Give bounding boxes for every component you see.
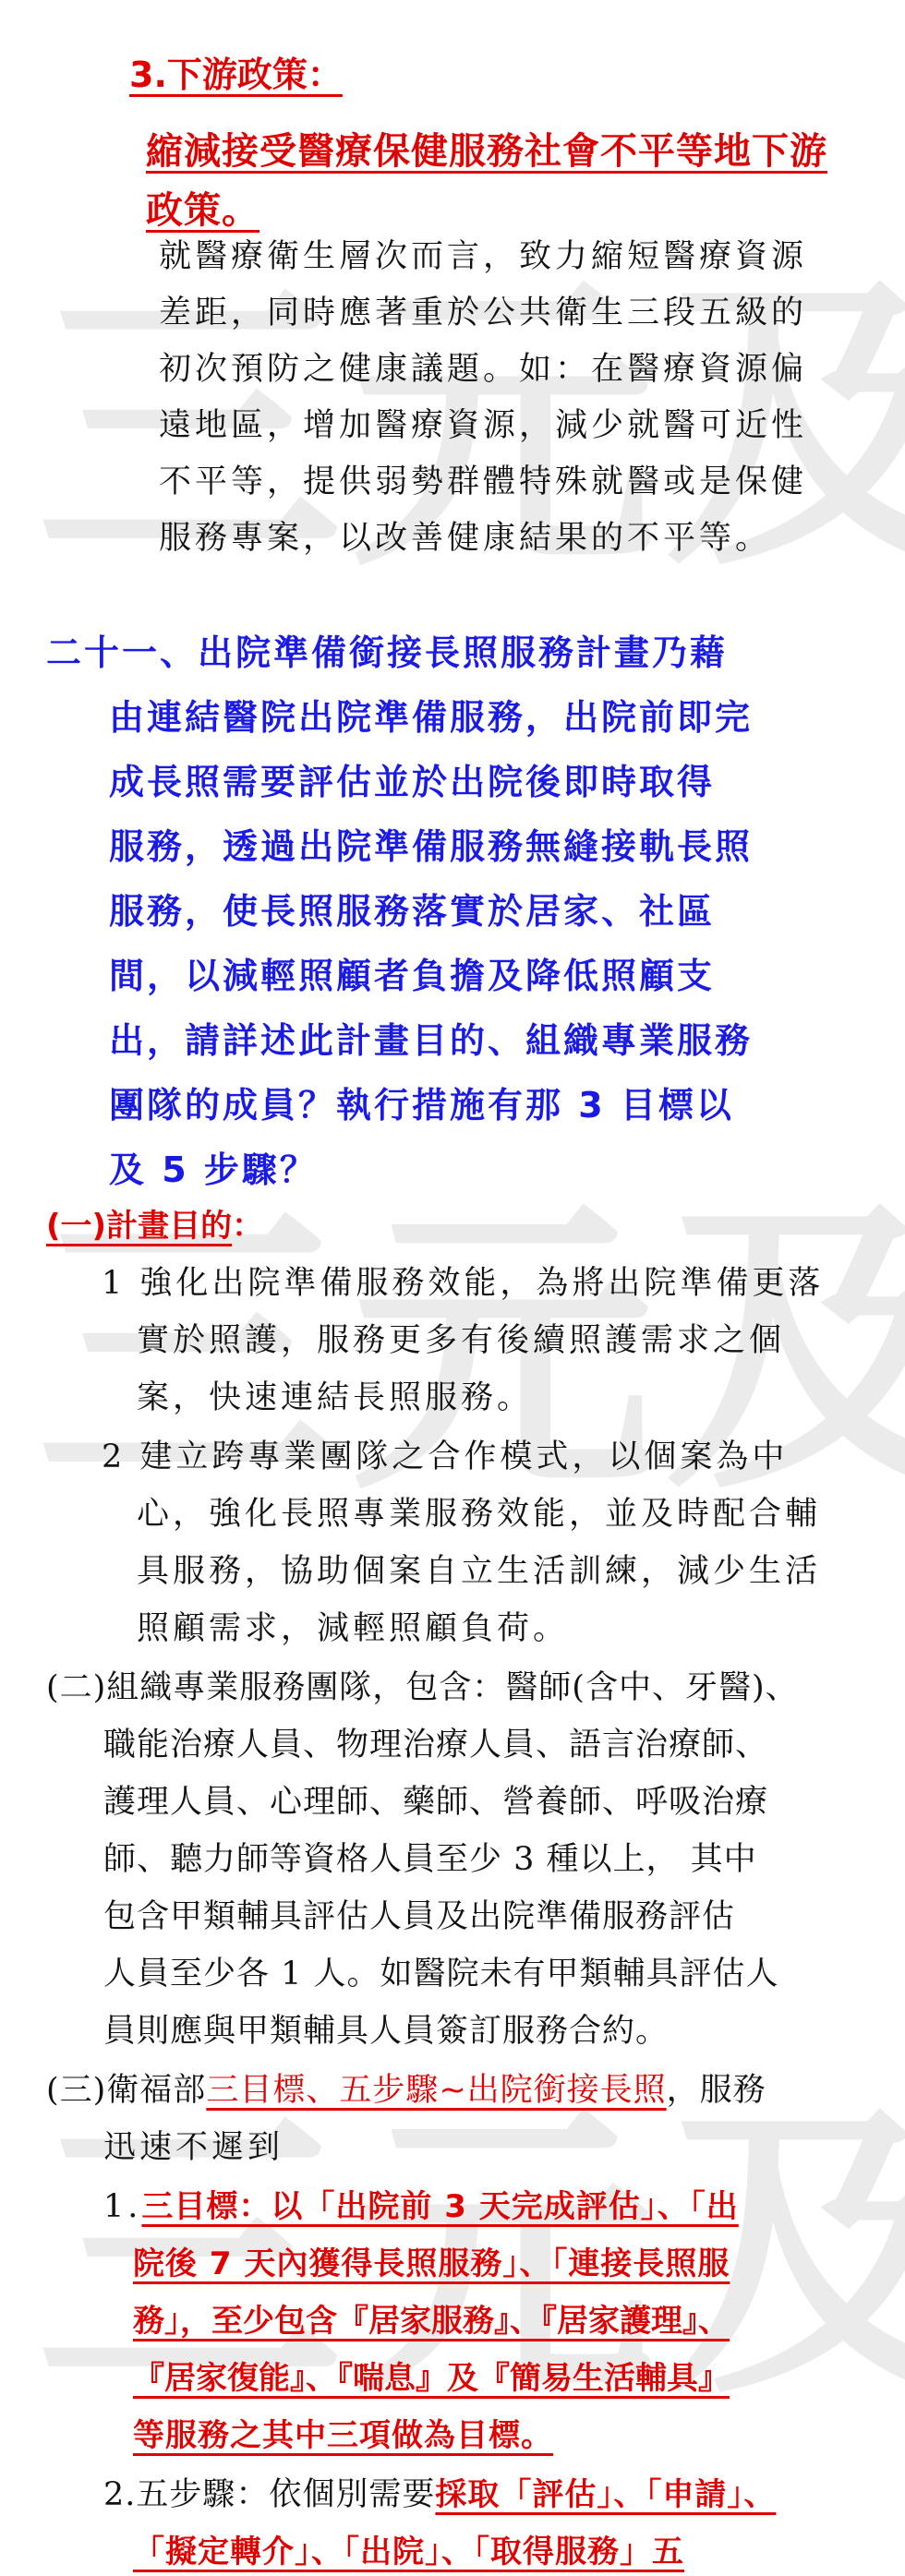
- part2-line: 員則應與甲類輔具人員簽訂服務合約。: [103, 2005, 669, 2052]
- steps-row: 2.五步驟：依個別需要採取「評估」、「申請」、: [103, 2469, 776, 2515]
- goal-item-line: 具服務，協助個案自立生活訓練，減少生活: [137, 1546, 821, 1592]
- question-line: 成長照需要評估並於出院後即時取得: [109, 753, 715, 804]
- goal-line: 等服務之其中三項做為目標。: [133, 2410, 553, 2455]
- question-line: 出，請詳述此計畫目的、組織專業服務: [109, 1012, 753, 1063]
- question-line: 由連結醫院出院準備服務，出院前即完: [109, 689, 753, 740]
- paragraph-line: 遠地區，增加醫療資源，減少就醫可近性: [159, 400, 807, 446]
- question-line: 服務，使長照服務落實於居家、社區: [109, 883, 715, 933]
- question-title: 二十一、出院準備銜接長照服務計畫乃藉: [46, 624, 728, 675]
- part1-heading-row: (一)計畫目的：: [46, 1200, 263, 1246]
- part2-line: 護理人員、心理師、藥師、營養師、呼吸治療: [103, 1776, 768, 1823]
- goal-item-line: 實於照護，服務更多有後續照護需求之個: [137, 1315, 785, 1361]
- part3-line: 迅速不遲到: [103, 2122, 284, 2168]
- question-line: 團隊的成員？執行措施有那 3 目標以: [109, 1077, 734, 1127]
- paragraph-line: 就醫療衛生層次而言，致力縮短醫療資源: [159, 231, 807, 277]
- goal-item-line: 1 強化出院準備服務效能，為將出院準備更落: [102, 1258, 824, 1304]
- paragraph-line: 差距，同時應著重於公共衛生三段五級的: [159, 287, 807, 333]
- part2-line: 包含甲類輔具評估人員及出院準備服務評估: [103, 1891, 735, 1937]
- goal-item-line: 2 建立跨專業團隊之合作模式，以個案為中: [102, 1431, 788, 1477]
- paragraph-line: 服務專案，以改善健康結果的不平等。: [159, 512, 771, 559]
- part3-suffix: ，服務: [667, 2072, 766, 2109]
- goal-number: 1.: [103, 2188, 141, 2225]
- question-line: 服務，透過出院準備服務無縫接軌長照: [109, 818, 753, 869]
- goal-item-line: 案，快速連結長照服務。: [137, 1372, 533, 1418]
- question-line: 及 5 步驟？: [109, 1141, 318, 1192]
- paragraph-line: 不平等，提供弱勢群體特殊就醫或是保健: [159, 456, 807, 502]
- goal-line: 院後 7 天內獲得長照服務」、「連接長照服: [133, 2238, 730, 2283]
- steps-prefix: 2.五步驟：依個別需要: [103, 2476, 435, 2513]
- section-subheading: 縮減接受醫療保健服務社會不平等地下游: [146, 122, 827, 175]
- goal-item-line: 照顧需求，減輕照顧負荷。: [137, 1603, 569, 1649]
- goal-line: 『居家復能』、『喘息』及『簡易生活輔具』: [133, 2353, 730, 2398]
- part2-line: 人員至少各 1 人。如醫院未有甲類輔具評估人: [103, 1948, 779, 1994]
- part2-line: (二)組織專業服務團隊，包含：醫師(含中、牙醫)、: [46, 1662, 799, 1708]
- steps-line: 「擬定轉介」、「出院」、「取得服務」五: [133, 2526, 684, 2571]
- part2-line: 師、聽力師等資格人員至少 3 種以上， 其中: [103, 1834, 757, 1880]
- goal-item-line: 心，強化長照專業服務效能，並及時配合輔: [137, 1488, 821, 1535]
- section-heading: 3.下游政策：: [129, 46, 343, 97]
- goal-row: 1.三目標：以「出院前 3 天完成評估」、「出: [103, 2181, 739, 2226]
- part1-colon: ：: [232, 1208, 263, 1245]
- part3-heading-row: (三)衛福部三目標、五步驟~出院銜接長照，服務: [46, 2064, 766, 2111]
- steps-highlight: 採取「評估」、「申請」、: [435, 2476, 776, 2513]
- goal-line: 三目標：以「出院前 3 天完成評估」、「出: [141, 2188, 738, 2225]
- goal-line: 務」，至少包含『居家服務』、『居家護理』、: [133, 2295, 730, 2341]
- part3-highlight: 三目標、五步驟~出院銜接長照: [206, 2072, 666, 2109]
- section-subheading: 政策。: [146, 181, 259, 234]
- paragraph-line: 初次預防之健康議題。如：在醫療資源偏: [159, 343, 807, 390]
- part3-prefix: (三)衛福部: [46, 2072, 206, 2109]
- part1-heading: (一)計畫目的: [46, 1208, 232, 1245]
- part2-line: 職能治療人員、物理治療人員、語言治療師、: [103, 1719, 768, 1765]
- question-line: 間，以減輕照顧者負擔及降低照顧支: [109, 947, 715, 998]
